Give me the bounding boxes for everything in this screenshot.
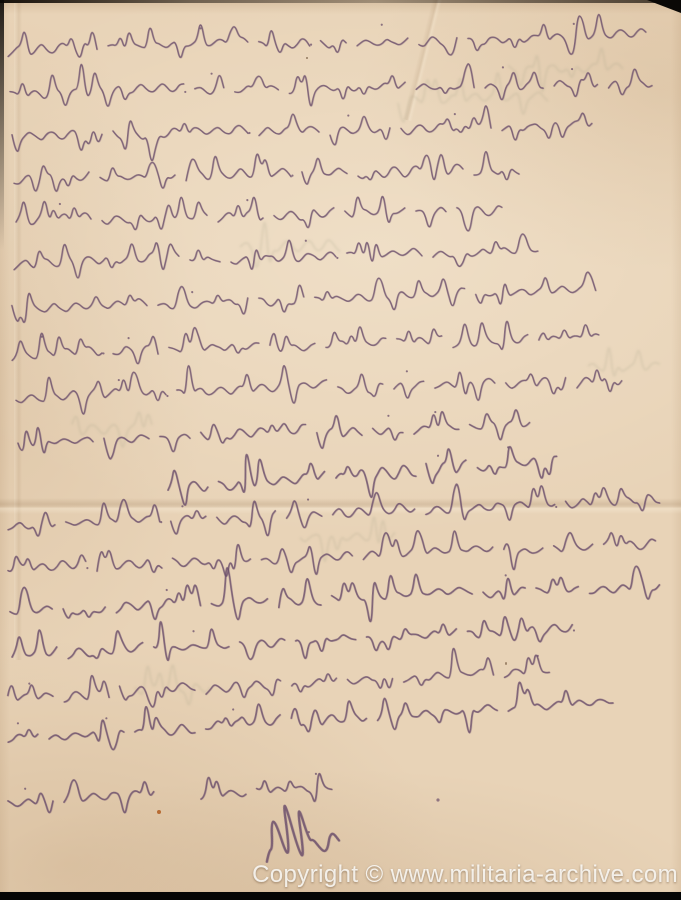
handwriting-line <box>11 271 596 323</box>
ink-dot <box>181 505 183 507</box>
ink-dot <box>436 798 439 801</box>
handwriting-line <box>9 551 662 637</box>
signature <box>256 796 341 864</box>
ink-dot <box>192 630 194 632</box>
ink-dot <box>105 717 107 719</box>
scanned-letter: Copyright © www.militaria-archive.com <box>0 0 681 900</box>
ink-bleed-mark <box>135 665 210 704</box>
handwriting-line <box>10 55 653 112</box>
ink-dot <box>118 379 120 381</box>
ink-dot <box>406 370 408 372</box>
handwriting-layer <box>0 0 681 900</box>
ink-dot <box>555 506 557 508</box>
ink-dot <box>437 455 439 457</box>
ink-dot <box>24 788 26 790</box>
handwriting-line <box>13 231 538 280</box>
handwriting-line <box>17 408 531 463</box>
ink-dot <box>502 66 504 68</box>
ink-dot <box>454 113 456 115</box>
signature <box>256 796 439 864</box>
ink-dot <box>571 68 573 70</box>
handwriting-line <box>15 351 623 416</box>
ink-dot <box>232 708 234 710</box>
ink-dot <box>102 352 104 354</box>
handwriting-line <box>14 149 520 192</box>
ink-dot <box>184 91 186 93</box>
ink-dot <box>347 114 349 116</box>
ink-dot <box>573 629 575 631</box>
ink-dot <box>573 23 575 25</box>
ink-dot <box>505 574 507 576</box>
handwriting-line <box>11 316 599 367</box>
handwriting-line <box>7 643 551 715</box>
handwriting-line <box>166 432 559 513</box>
ink-dot <box>434 411 436 413</box>
copyright-watermark: Copyright © www.militaria-archive.com <box>252 861 678 889</box>
scan-edge-left <box>0 0 4 250</box>
ink-dot <box>381 24 383 26</box>
handwriting-line <box>12 104 594 164</box>
ink-dot <box>28 682 30 684</box>
scan-edge-top <box>0 0 681 3</box>
ink-dot <box>86 567 88 569</box>
ink-dot <box>210 73 212 75</box>
ink-dot <box>59 203 61 205</box>
handwriting-line <box>15 190 503 243</box>
handwriting-line <box>7 476 661 546</box>
ink-dot <box>191 291 193 293</box>
ink-dot <box>387 415 389 417</box>
letter-body <box>6 13 661 817</box>
scan-edge-bottom <box>0 892 681 900</box>
handwriting-line <box>8 13 647 66</box>
ink-dot <box>246 199 248 201</box>
ink-dot <box>166 589 168 591</box>
ink-dot <box>127 337 129 339</box>
ink-dot <box>307 498 309 500</box>
ink-bleed-mark <box>72 412 152 446</box>
ink-dot <box>17 722 19 724</box>
ink-dot <box>315 773 317 775</box>
